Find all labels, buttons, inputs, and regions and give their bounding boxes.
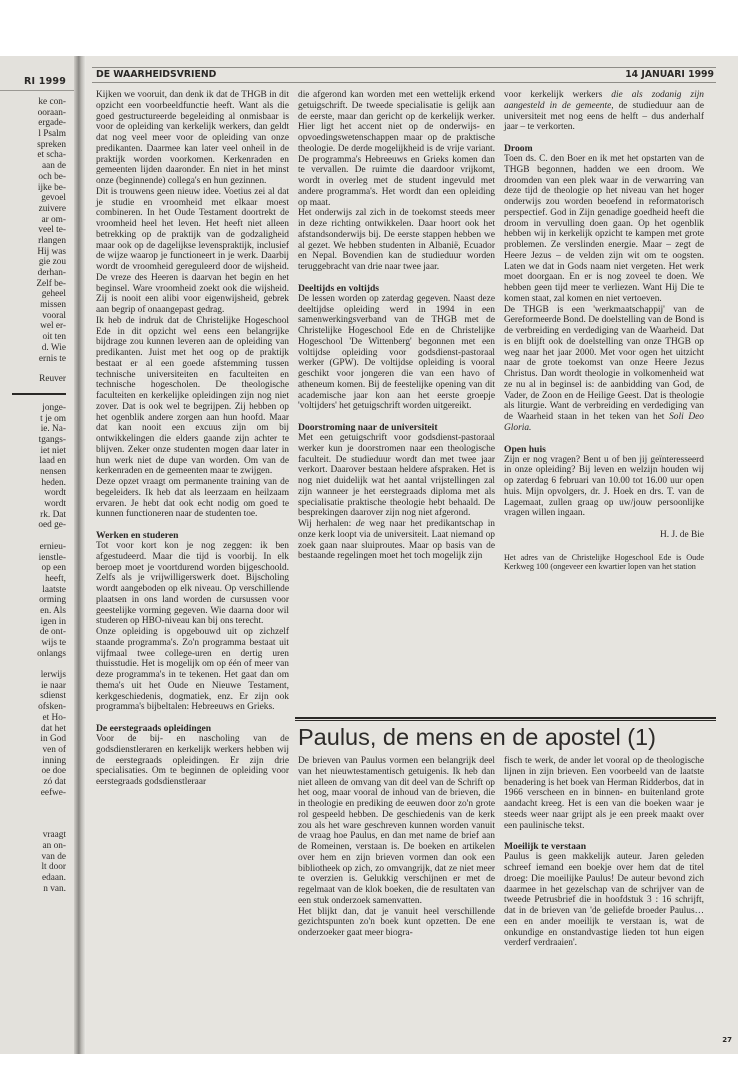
- text-line-fragment: ergade-: [0, 118, 66, 129]
- emphasis: de: [356, 519, 365, 529]
- text-line-fragment: [0, 531, 66, 542]
- text-line-fragment: oed ge-: [0, 520, 66, 531]
- text-line-fragment: ven of: [0, 745, 66, 756]
- text-line-fragment: [0, 809, 66, 820]
- article-divider-thin: [295, 720, 716, 721]
- text-line-fragment: vraagt: [0, 830, 66, 841]
- issue-date: 14 JANUARI 1999: [625, 68, 714, 82]
- text-line-fragment: de ont-: [0, 627, 66, 638]
- paragraph: Paulus is geen makkelijk auteur. Jaren g…: [504, 852, 704, 949]
- text-line-fragment: nensen: [0, 467, 66, 478]
- text-line-fragment: lerwijs: [0, 670, 66, 681]
- text-line-fragment: Hij was: [0, 247, 66, 258]
- previous-page-date-header: RI 1999: [0, 56, 74, 91]
- text-line-fragment: zó dat: [0, 777, 66, 788]
- text-run: Wij herhalen:: [298, 519, 356, 529]
- text-line-fragment: ijke be-: [0, 183, 66, 194]
- text-line-fragment: ie naar: [0, 681, 66, 692]
- paragraph: De brieven van Paulus vormen een belangr…: [298, 756, 495, 907]
- text-line-fragment: rk. Dat: [0, 510, 66, 521]
- text-line-fragment: oit ten: [0, 332, 66, 343]
- text-line-fragment: n van.: [0, 884, 66, 895]
- text-line-fragment: ernis te: [0, 354, 66, 365]
- book-gutter: [74, 56, 86, 1054]
- text-line-fragment: lt door: [0, 862, 66, 873]
- text-run: De THGB is een 'werkmaatschappij' van de…: [504, 305, 704, 423]
- address-note: Het adres van de Christelijke Hogeschool…: [504, 553, 704, 572]
- text-line-fragment: wijs te: [0, 638, 66, 649]
- text-line-fragment: derhan-: [0, 268, 66, 279]
- subheading-moeilijk-te-verstaan: Moeilijk te verstaan: [504, 841, 704, 852]
- article2-column-2: fisch te werk, de ander let vooral op de…: [504, 756, 704, 949]
- article-column-3: voor kerkelijk werkers die als zodanig z…: [504, 90, 704, 572]
- text-line-fragment: ar om-: [0, 215, 66, 226]
- text-line-fragment: wordt: [0, 499, 66, 510]
- subheading-droom: Droom: [504, 143, 704, 154]
- text-line-fragment: eefwe-: [0, 788, 66, 799]
- subheading-deeltijds-en-voltijds: Deeltijds en voltijds: [298, 283, 495, 294]
- text-line-fragment: gie zou: [0, 257, 66, 268]
- previous-page-signature: Reuver: [0, 374, 74, 385]
- text-line-fragment: [0, 659, 66, 670]
- text-line-fragment: och be-: [0, 172, 66, 183]
- text-line-fragment: d. Wie: [0, 343, 66, 354]
- text-line-fragment: ke con-: [0, 97, 66, 108]
- text-line-fragment: dat het: [0, 724, 66, 735]
- paragraph: voor kerkelijk werkers die als zodanig z…: [504, 90, 704, 133]
- paragraph: Het blijkt dan, dat je vanuit heel versc…: [298, 907, 495, 939]
- text-line-fragment: tgangs-: [0, 435, 66, 446]
- text-run: voor kerkelijk werkers: [504, 90, 611, 100]
- text-line-fragment: laatste: [0, 585, 66, 596]
- text-line-fragment: ernieu-: [0, 542, 66, 553]
- text-line-fragment: an on-: [0, 841, 66, 852]
- text-line-fragment: gevoel: [0, 193, 66, 204]
- text-line-fragment: ofsken-: [0, 702, 66, 713]
- text-line-fragment: Zelf be-: [0, 279, 66, 290]
- text-line-fragment: missen: [0, 300, 66, 311]
- subheading-open-huis: Open huis: [504, 444, 704, 455]
- text-line-fragment: veel te-: [0, 225, 66, 236]
- text-line-fragment: aan de: [0, 161, 66, 172]
- masthead: DE WAARHEIDSVRIEND 14 JANUARI 1999: [92, 67, 716, 83]
- paragraph: Het onderwijs zal zich in de toekomst st…: [298, 208, 495, 273]
- article-divider: [295, 717, 716, 719]
- text-line-fragment: et Ho-: [0, 713, 66, 724]
- text-line-fragment: oe doe: [0, 766, 66, 777]
- text-line-fragment: zuivere: [0, 204, 66, 215]
- article2-column-1: De brieven van Paulus vormen een belangr…: [298, 756, 495, 939]
- paragraph: die afgerond kan worden met een wettelij…: [298, 90, 495, 208]
- text-line-fragment: ie. Na-: [0, 424, 66, 435]
- newspaper-page: DE WAARHEIDSVRIEND 14 JANUARI 1999 Kijke…: [86, 56, 738, 1054]
- text-line-fragment: ienstle-: [0, 553, 66, 564]
- article-column-2: die afgerond kan worden met een wettelij…: [298, 90, 495, 562]
- text-line-fragment: geheel: [0, 289, 66, 300]
- article-headline: Paulus, de mens en de apostel (1): [298, 723, 656, 751]
- text-line-fragment: sdienst: [0, 691, 66, 702]
- previous-page-text-bottom: jonge-t je omie. Na-tgangs-iet nietlaad …: [0, 403, 74, 895]
- text-line-fragment: [0, 820, 66, 831]
- paragraph: Ik heb de indruk dat de Christelijke Hog…: [96, 316, 289, 477]
- paragraph: Zijn er nog vragen? Bent u of ben jij ge…: [504, 455, 704, 520]
- article-column-1: Kijken we vooruit, dan denk ik dat de TH…: [96, 90, 289, 788]
- paragraph: Onze opleiding is opgebouwd uit op zichz…: [96, 627, 289, 713]
- text-line-fragment: en. Als: [0, 606, 66, 617]
- text-line-fragment: iet niet: [0, 446, 66, 457]
- paragraph: Deze opzet vraagt om permanente training…: [96, 477, 289, 520]
- text-line-fragment: [0, 798, 66, 809]
- paragraph: Voor de bij- en nascholing van de godsdi…: [96, 734, 289, 788]
- text-line-fragment: igen in: [0, 617, 66, 628]
- text-line-fragment: vooral: [0, 311, 66, 322]
- text-line-fragment: van de: [0, 852, 66, 863]
- text-line-fragment: inning: [0, 756, 66, 767]
- text-line-fragment: edaan.: [0, 873, 66, 884]
- text-line-fragment: in God: [0, 734, 66, 745]
- subheading-werken-en-studeren: Werken en studeren: [96, 530, 289, 541]
- text-line-fragment: spreken: [0, 140, 66, 151]
- subheading-eerstegraads-opleidingen: De eerstegraads opleidingen: [96, 723, 289, 734]
- page-number: 27: [722, 1036, 732, 1044]
- text-line-fragment: ooraan-: [0, 108, 66, 119]
- paragraph: Kijken we vooruit, dan denk ik dat de TH…: [96, 90, 289, 187]
- text-line-fragment: heden.: [0, 478, 66, 489]
- text-line-fragment: l Psalm: [0, 129, 66, 140]
- paragraph: Dit is trouwens geen nieuw idee. Voetius…: [96, 187, 289, 316]
- publication-name: DE WAARHEIDSVRIEND: [96, 68, 216, 82]
- previous-page-divider: [12, 393, 66, 395]
- paragraph: Tot voor kort kon je nog zeggen: ik ben …: [96, 541, 289, 627]
- text-line-fragment: orming: [0, 595, 66, 606]
- text-line-fragment: laad en: [0, 456, 66, 467]
- paragraph: Met een getuigschrift voor godsdienst-pa…: [298, 433, 495, 519]
- text-line-fragment: t je om: [0, 414, 66, 425]
- paragraph: Toen ds. C. den Boer en ik met het opsta…: [504, 154, 704, 305]
- text-line-fragment: heeft,: [0, 574, 66, 585]
- text-line-fragment: wel er-: [0, 321, 66, 332]
- text-line-fragment: wordt: [0, 488, 66, 499]
- text-line-fragment: op een: [0, 563, 66, 574]
- text-line-fragment: rlangen: [0, 236, 66, 247]
- text-line-fragment: et scha-: [0, 150, 66, 161]
- text-line-fragment: jonge-: [0, 403, 66, 414]
- subheading-doorstroming: Doorstroming naar de universiteit: [298, 422, 495, 433]
- paragraph: De THGB is een 'werkmaatschappij' van de…: [504, 305, 704, 434]
- author-signature: H. J. de Bie: [504, 530, 704, 541]
- previous-page-text-top: ke con-ooraan-ergade-l Psalmsprekenet sc…: [0, 97, 74, 364]
- previous-page-fragment: RI 1999 ke con-ooraan-ergade-l Psalmspre…: [0, 56, 74, 1054]
- text-line-fragment: onlangs: [0, 649, 66, 660]
- paragraph: fisch te werk, de ander let vooral op de…: [504, 756, 704, 831]
- paragraph: De lessen worden op zaterdag gegeven. Na…: [298, 294, 495, 412]
- paragraph: Wij herhalen: de weg naar het predikants…: [298, 519, 495, 562]
